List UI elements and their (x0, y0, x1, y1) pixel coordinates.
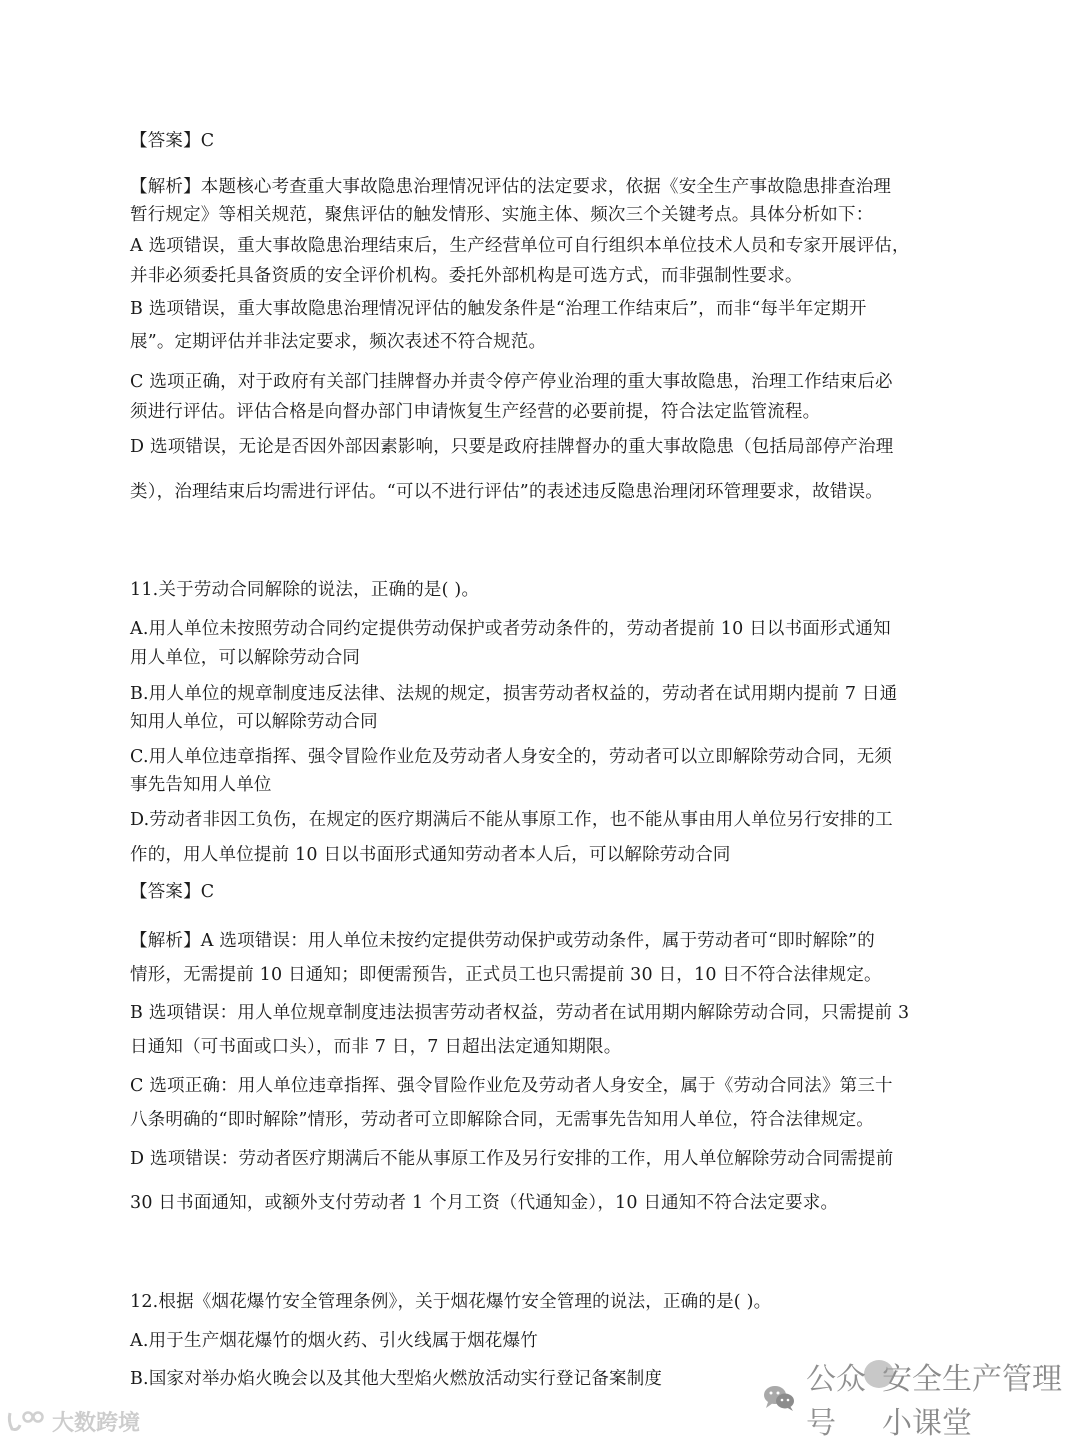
q12-question: 12.根据《烟花爆竹安全管理条例》，关于烟花爆竹安全管理的说法，正确的是( )。 (130, 1290, 960, 1314)
q10-option-a-line-2: 并非必须委托具备资质的安全评价机构。委托外部机构是可选方式，而非强制性要求。 (130, 264, 960, 288)
q11-analysis-d-line-2: 30 日书面通知，或额外支付劳动者 1 个月工资（代通知金），10 日通知不符合… (130, 1191, 960, 1215)
q10-analysis-line-2: 暂行规定》等相关规范，聚焦评估的触发情形、实施主体、频次三个关键考点。具体分析如… (130, 203, 960, 227)
q11-analysis-d-line-1: D 选项错误：劳动者医疗期满后不能从事原工作及另行安排的工作，用人单位解除劳动合… (130, 1147, 960, 1171)
q11-option-a-line-1: A.用人单位未按照劳动合同约定提供劳动保护或者劳动条件的，劳动者提前 10 日以… (130, 617, 960, 641)
watermark-left: 大数跨境 (6, 1407, 140, 1435)
q11-option-b-line-1: B.用人单位的规章制度违反法律、法规的规定，损害劳动者权益的，劳动者在试用期内提… (130, 682, 960, 706)
q10-option-c-line-1: C 选项正确，对于政府有关部门挂牌督办并责令停产停业治理的重大事故隐患，治理工作… (130, 370, 960, 394)
q11-analysis-c-line-1: C 选项正确：用人单位违章指挥、强令冒险作业危及劳动者人身安全，属于《劳动合同法… (130, 1074, 960, 1098)
watermark-right: 公众号 安全生产管理小课堂 (762, 1378, 1080, 1418)
q11-option-b-line-2: 知用人单位，可以解除劳动合同 (130, 710, 960, 734)
q10-answer: 【答案】C (130, 129, 960, 153)
q10-option-d-line-2: 类），治理结束后均需进行评估。“可以不进行评估”的表述违反隐患治理闭环管理要求，… (130, 480, 960, 504)
q11-option-d-line-1: D.劳动者非因工负伤，在规定的医疗期满后不能从事原工作，也不能从事由用人单位另行… (130, 808, 960, 832)
q11-question: 11.关于劳动合同解除的说法，正确的是( )。 (130, 578, 960, 602)
q10-option-b-line-1: B 选项错误，重大事故隐患治理情况评估的触发条件是“治理工作结束后”，而非“每半… (130, 297, 960, 321)
q11-option-c-line-2: 事先告知用人单位 (130, 773, 960, 797)
watermark-left-brand: 大数跨境 (52, 1406, 140, 1437)
watermark-right-account: 安全生产管理小课堂 (882, 1354, 1080, 1442)
q10-analysis-line-1: 【解析】本题核心考查重大事故隐患治理情况评估的法定要求，依据《安全生产事故隐患排… (130, 175, 960, 199)
wechat-icon (762, 1383, 796, 1413)
kdo-logo-icon (6, 1409, 46, 1433)
q11-analysis-b-line-1: B 选项错误：用人单位规章制度违法损害劳动者权益，劳动者在试用期内解除劳动合同，… (130, 1001, 960, 1025)
q10-option-c-line-2: 须进行评估。评估合格是向督办部门申请恢复生产经营的必要前提，符合法定监管流程。 (130, 400, 960, 424)
q11-option-a-line-2: 用人单位，可以解除劳动合同 (130, 646, 960, 670)
q10-option-b-line-2: 展”。定期评估并非法定要求，频次表述不符合规范。 (130, 330, 960, 354)
q10-option-d-line-1: D 选项错误，无论是否因外部因素影响，只要是政府挂牌督办的重大事故隐患（包括局部… (130, 435, 960, 459)
q11-analysis-b-line-2: 日通知（可书面或口头），而非 7 日，7 日超出法定通知期限。 (130, 1035, 960, 1059)
watermark-right-prefix: 公众号 (806, 1354, 872, 1442)
q11-option-c-line-1: C.用人单位违章指挥、强令冒险作业危及劳动者人身安全的，劳动者可以立即解除劳动合… (130, 745, 960, 769)
q11-analysis-a-line-1: 【解析】A 选项错误：用人单位未按约定提供劳动保护或劳动条件，属于劳动者可“即时… (130, 929, 960, 953)
q11-analysis-a-line-2: 情形，无需提前 10 日通知；即便需预告，正式员工也只需提前 30 日，10 日… (130, 963, 960, 987)
q12-option-a: A.用于生产烟花爆竹的烟火药、引火线属于烟花爆竹 (130, 1329, 960, 1353)
q11-answer: 【答案】C (130, 880, 960, 904)
document-page: 【答案】C 【解析】本题核心考查重大事故隐患治理情况评估的法定要求，依据《安全生… (0, 0, 1080, 1442)
q10-option-a-line-1: A 选项错误，重大事故隐患治理结束后，生产经营单位可自行组织本单位技术人员和专家… (130, 234, 960, 258)
q11-analysis-c-line-2: 八条明确的“即时解除”情形，劳动者可立即解除合同，无需事先告知用人单位，符合法律… (130, 1108, 960, 1132)
q11-option-d-line-2: 作的，用人单位提前 10 日以书面形式通知劳动者本人后，可以解除劳动合同 (130, 843, 960, 867)
